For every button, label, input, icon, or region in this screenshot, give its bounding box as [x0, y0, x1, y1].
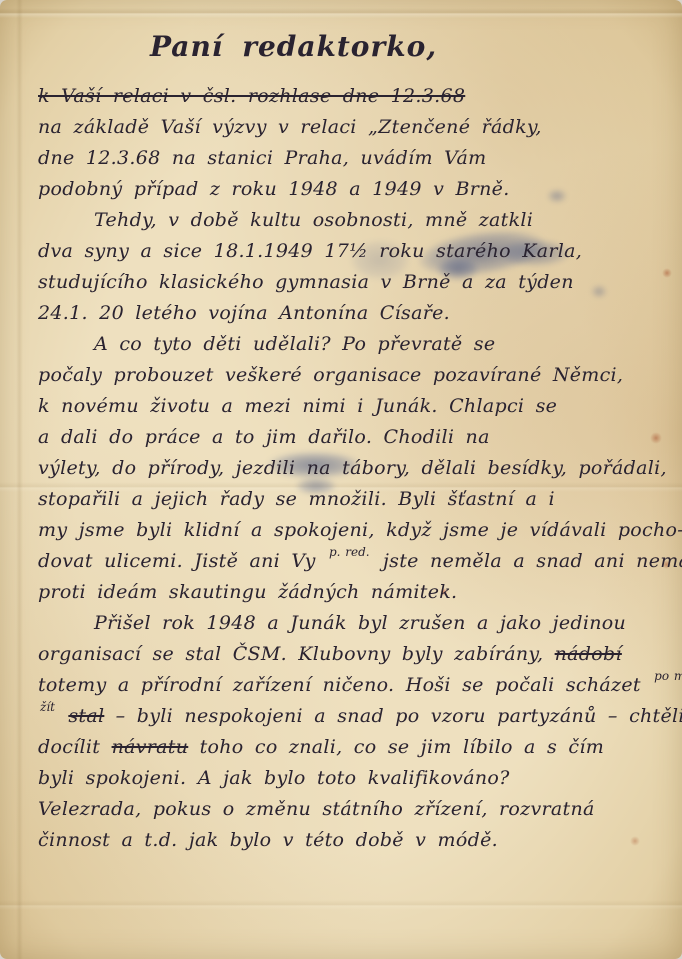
line-text: my jsme byli klidní a spokojeni, když js…: [38, 519, 682, 541]
line-text: totemy a přírodní zařízení ničeno. Hoši …: [38, 674, 641, 696]
handwriting-line: počaly probouzet veškeré organisace poza…: [38, 360, 654, 391]
struck-text: návratu: [112, 736, 189, 758]
handwriting-line: stopařili a jejich řady se množili. Byli…: [38, 484, 654, 515]
handwriting-line: studujícího klasického gymnasia v Brně a…: [38, 267, 654, 298]
handwriting-line: proti ideám skautingu žádných námitek.: [38, 577, 654, 608]
handwriting-line: Přišel rok 1948 a Junák byl zrušen a jak…: [38, 608, 654, 639]
line-text: 24.1. 20 letého vojína Antonína Císaře.: [38, 302, 450, 324]
line-text: Přišel rok 1948 a Junák byl zrušen a jak…: [94, 612, 626, 634]
handwriting-line: k novému životu a mezi nimi i Junák. Chl…: [38, 391, 654, 422]
handwriting-line: podobný případ z roku 1948 a 1949 v Brně…: [38, 174, 654, 205]
fold-crease-vertical: [16, 0, 23, 959]
line-text: Tehdy, v době kultu osobnosti, mně zatkl…: [94, 209, 533, 231]
line-text: stopařili a jejich řady se množili. Byli…: [38, 488, 555, 510]
handwriting-line: výlety, do přírody, jezdili na tábory, d…: [38, 453, 654, 484]
letter-paper: Paní redaktorko, k Vaší relaci v čsl. ro…: [0, 0, 682, 959]
line-text: jste neměla a snad ani nemáte: [383, 550, 682, 572]
line-text: byli spokojeni. A jak bylo toto kvalifik…: [38, 767, 510, 789]
handwriting-line: Tehdy, v době kultu osobnosti, mně zatkl…: [38, 205, 654, 236]
handwriting-line: žít stal – byli nespokojeni a snad po vz…: [38, 701, 654, 732]
handwriting-line: my jsme byli klidní a spokojeni, když js…: [38, 515, 654, 546]
handwriting-line: A co tyto děti udělali? Po převratě se: [38, 329, 654, 360]
line-text: Velezrada, pokus o změnu státního zřízen…: [38, 798, 595, 820]
line-text: počaly probouzet veškeré organisace poza…: [38, 364, 623, 386]
line-text: – byli nespokojeni a snad po vzoru party…: [116, 705, 682, 727]
handwriting-line: totemy a přírodní zařízení ničeno. Hoši …: [38, 670, 654, 701]
line-text: A co tyto děti udělali? Po převratě se: [94, 333, 495, 355]
handwriting-line: docílit návratu toho co znali, co se jim…: [38, 732, 654, 763]
handwriting-line: dva syny a sice 18.1.1949 17½ roku staré…: [38, 236, 654, 267]
line-text: docílit: [38, 736, 100, 758]
handwriting-line: na základě Vaší výzvy v relaci „Ztenčené…: [38, 112, 654, 143]
handwriting-line: a dali do práce a to jim dařilo. Chodili…: [38, 422, 654, 453]
line-text: výlety, do přírody, jezdili na tábory, d…: [38, 457, 667, 479]
fold-crease-top: [0, 8, 682, 18]
handwriting-line: činnost a t.d. jak bylo v této době v mó…: [38, 825, 654, 856]
line-text: dne 12.3.68 na stanici Praha, uvádím Vám: [38, 147, 486, 169]
line-text: na základě Vaší výzvy v relaci „Ztenčené…: [38, 116, 542, 138]
handwriting-line: byli spokojeni. A jak bylo toto kvalifik…: [38, 763, 654, 794]
line-text: dva syny a sice 18.1.1949 17½ roku staré…: [38, 240, 582, 262]
handwriting-line: organisací se stal ČSM. Klubovny byly za…: [38, 639, 654, 670]
line-text: proti ideám skautingu žádných námitek.: [38, 581, 457, 603]
line-text: podobný případ z roku 1948 a 1949 v Brně…: [38, 178, 510, 200]
interline-insertion: žít: [40, 700, 55, 714]
line-text: činnost a t.d. jak bylo v této době v mó…: [38, 829, 498, 851]
line-text: k novému životu a mezi nimi i Junák. Chl…: [38, 395, 557, 417]
handwriting-line: dovat ulicemi. Jistě ani Vy p. red. jste…: [38, 546, 654, 577]
interline-insertion: p. red.: [329, 545, 370, 559]
line-text: a dali do práce a to jim dařilo. Chodili…: [38, 426, 490, 448]
handwriting-line: k Vaší relaci v čsl. rozhlase dne 12.3.6…: [38, 81, 654, 112]
handwriting-line: dne 12.3.68 na stanici Praha, uvádím Vám: [38, 143, 654, 174]
line-text: toho co znali, co se jim líbilo a s čím: [200, 736, 604, 758]
handwriting-line: 24.1. 20 letého vojína Antonína Císaře.: [38, 298, 654, 329]
struck-text: stal: [68, 705, 104, 727]
line-text: organisací se stal ČSM. Klubovny byly za…: [38, 643, 543, 665]
handwriting-lines: k Vaší relaci v čsl. rozhlase dne 12.3.6…: [38, 81, 654, 856]
fold-crease-bottom: [0, 900, 682, 910]
handwriting-line: Velezrada, pokus o změnu státního zřízen…: [38, 794, 654, 825]
line-text: dovat ulicemi. Jistě ani Vy: [38, 550, 316, 572]
letter-body: Paní redaktorko, k Vaší relaci v čsl. ro…: [38, 26, 654, 856]
salutation: Paní redaktorko,: [150, 30, 654, 63]
paper-stain: [662, 268, 672, 278]
struck-text: k Vaší relaci v čsl. rozhlase dne 12.3.6…: [38, 85, 465, 107]
interline-insertion: po módě doby: [654, 669, 682, 683]
line-text: studujícího klasického gymnasia v Brně a…: [38, 271, 574, 293]
struck-text: nádobí: [555, 643, 622, 665]
